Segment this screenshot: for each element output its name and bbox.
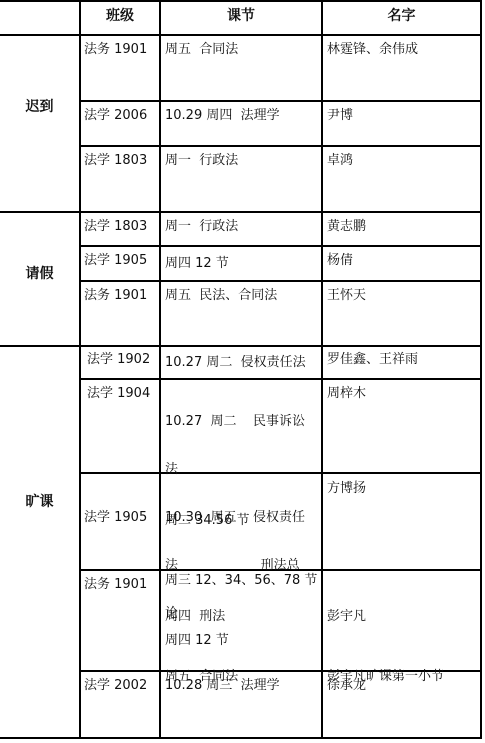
lesson-line: 法 xyxy=(165,462,319,478)
class-cell: 法务 1901 xyxy=(84,288,147,304)
category-absent: 旷课 xyxy=(0,494,79,510)
lesson-cell: 10.29 周四 法理学 xyxy=(165,108,280,124)
lesson-cell: 周一 行政法 xyxy=(165,219,238,235)
class-cell: 法学 2006 xyxy=(84,108,147,124)
class-cell: 法学 1904 xyxy=(87,386,150,402)
lesson-line: 周二 34.56 节 xyxy=(165,513,317,529)
row-divider xyxy=(79,145,482,147)
header-class: 班级 xyxy=(81,8,159,24)
name-cell: 杨倩 xyxy=(327,253,353,269)
class-cell: 法务 1901 xyxy=(84,577,147,593)
lesson-cell: 周四 刑法 周五 合同法 xyxy=(165,577,238,717)
col-divider xyxy=(321,0,323,739)
attendance-table: 班级 课节 名字 迟到 请假 旷课 法务 1901 周五 合同法 林霆锋、余伟成… xyxy=(0,0,482,738)
name-cell: 黄志鹏 xyxy=(327,219,366,235)
category-leave: 请假 xyxy=(0,266,79,282)
name-cell: 卓鸿 xyxy=(327,153,353,169)
name-cell: 林霆锋、余伟成 xyxy=(327,42,418,58)
group-divider xyxy=(0,211,482,213)
category-late: 迟到 xyxy=(0,99,79,115)
class-cell: 法学 1905 xyxy=(84,253,147,269)
lesson-cell: 周五 合同法 xyxy=(165,42,238,58)
name-cell: 王怀天 xyxy=(327,288,366,304)
header-divider xyxy=(0,34,482,36)
class-cell: 法学 1803 xyxy=(84,153,147,169)
group-divider xyxy=(0,345,482,347)
row-divider xyxy=(79,245,482,247)
lesson-cell: 10.28 周三 法理学 xyxy=(165,678,280,694)
row-divider xyxy=(79,280,482,282)
row-divider xyxy=(79,100,482,102)
lesson-line: 周四 刑法 xyxy=(165,609,238,625)
class-cell: 法学 1902 xyxy=(87,352,150,368)
name-cell: 方博扬 xyxy=(327,481,366,497)
lesson-cell: 周四 12 节 xyxy=(165,256,229,272)
class-cell: 法学 2002 xyxy=(84,678,147,694)
name-cell: 徐承龙 xyxy=(327,678,366,694)
name-line: 彭宇凡 xyxy=(327,609,444,625)
row-divider xyxy=(79,378,482,380)
col-divider xyxy=(79,0,81,739)
table-border-bottom xyxy=(0,737,482,739)
class-cell: 法务 1901 xyxy=(84,42,147,58)
name-cell: 尹博 xyxy=(327,108,353,124)
name-cell: 彭宇凡 彭宇凡旷课第一小节 xyxy=(327,577,444,717)
header-name: 名字 xyxy=(323,8,480,24)
header-lesson: 课节 xyxy=(161,8,321,24)
name-cell: 周梓木 xyxy=(327,386,366,402)
table-border-top xyxy=(0,0,482,2)
class-cell: 法学 1905 xyxy=(84,510,147,526)
lesson-cell: 周一 行政法 xyxy=(165,153,238,169)
lesson-cell: 周五 民法、合同法 xyxy=(165,288,277,304)
lesson-line: 10.27 周二 民事诉讼 xyxy=(165,414,319,430)
name-cell: 罗佳鑫、王祥雨 xyxy=(327,352,418,368)
table-border-right xyxy=(480,0,482,739)
class-cell: 法学 1803 xyxy=(84,219,147,235)
lesson-cell: 10.27 周二 侵权责任法 xyxy=(165,355,306,371)
col-divider xyxy=(159,0,161,739)
